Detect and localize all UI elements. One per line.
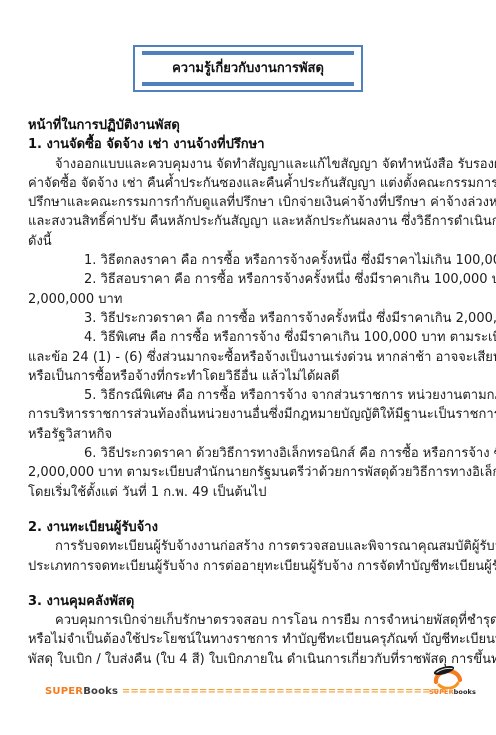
text-line: 4. วิธีพิเศษ คือ การซื้อ หรือการจ้าง ซึ่… [28, 328, 467, 347]
text-line: ดังนี้ [28, 232, 467, 251]
swoosh-logo-icon [429, 663, 467, 689]
text-line: 2,000,000 บาท ตามระเบียบสำนักนายกรัฐมนตร… [28, 463, 467, 482]
text-line: หรือเป็นการซื้อหรือจ้างที่กระทำโดยวิธีอื… [28, 367, 467, 386]
text-line: และข้อ 24 (1) - (6) ซึ่งส่วนมากจะซื้อหรื… [28, 348, 467, 367]
page-title: ความรู้เกี่ยวกับงานการพัสดุ [140, 55, 356, 82]
footer: SUPERBooks =============================… [45, 686, 445, 697]
text-line: จ้างออกแบบและควบคุมงาน จัดทำสัญญาและแก้ไ… [28, 155, 467, 174]
text-line: หรือไม่จำเป็นต้องใช้ประโยชน์ในทางราชการ … [28, 630, 467, 649]
superbooks-logo: SUPERbooks [429, 663, 467, 696]
logo-wordmark-super: SUPER [429, 688, 454, 696]
footer-brand-super: SUPER [45, 686, 83, 697]
text-line: ปรึกษาและคณะกรรมการกำกับดูแลที่ปรึกษา เบ… [28, 193, 467, 212]
text-line: 1. วิธีตกลงราคา คือ การซื้อ หรือการจ้างค… [28, 251, 467, 270]
text-line: 6. วิธีประกวดราคา ด้วยวิธีการทางอิเล็กทร… [28, 444, 467, 463]
text-line: หรือรัฐวิสาหกิจ [28, 425, 467, 444]
text-line: การบริหารราชการส่วนท้องถิ่นหน่วยงานอื่นซ… [28, 405, 467, 424]
section-heading: 2. งานทะเบียนผู้รับจ้าง [28, 518, 467, 537]
text-line: 2,000,000 บาท [28, 290, 467, 309]
section-heading: หน้าที่ในการปฏิบัติงานพัสดุ [28, 116, 467, 135]
text-line: และสงวนสิทธิ์ค่าปรับ คืนหลักประกันสัญญา … [28, 212, 467, 231]
title-box: ความรู้เกี่ยวกับงานการพัสดุ [133, 45, 363, 92]
logo-wordmark-books: books [454, 688, 476, 696]
text-line: ค่าจัดซื้อ จัดจ้าง เช่า คืนค้ำประกันซองแ… [28, 174, 467, 193]
text-line: พัสดุ ใบเบิก / ใบส่งคืน (ใบ 4 สี) ใบเบิก… [28, 650, 467, 669]
document-body: หน้าที่ในการปฏิบัติงานพัสดุ1. งานจัดซื้อ… [0, 92, 496, 669]
footer-divider-line: ========================================… [122, 686, 445, 697]
text-line: 2. วิธีสอบราคา คือ การซื้อ หรือการจ้างคร… [28, 270, 467, 289]
text-line: การรับจดทะเบียนผู้รับจ้างงานก่อสร้าง การ… [28, 537, 467, 556]
title-bottom-rule [142, 82, 354, 86]
footer-brand-books: Books [83, 686, 118, 697]
section-heading: 3. งานคุมคลังพัสดุ [28, 592, 467, 611]
text-line: ประเภทการจดทะเบียนผู้รับจ้าง การต่ออายุท… [28, 557, 467, 576]
text-line: 5. วิธีกรณีพิเศษ คือ การซื้อ หรือการจ้าง… [28, 386, 467, 405]
section-heading: 1. งานจัดซื้อ จัดจ้าง เช่า งานจ้างที่ปรึ… [28, 135, 467, 154]
text-line: 3. วิธีประกวดราคา คือ การซื้อ หรือการจ้า… [28, 309, 467, 328]
text-line: โดยเริ่มใช้ตั้งแต่ วันที่ 1 ก.พ. 49 เป็น… [28, 483, 467, 502]
document-page: ความรู้เกี่ยวกับงานการพัสดุ หน้าที่ในการ… [0, 0, 496, 735]
text-line: ควบคุมการเบิกจ่ายเก็บรักษาตรวจสอบ การโอน… [28, 611, 467, 630]
logo-wordmark: SUPERbooks [429, 689, 467, 696]
